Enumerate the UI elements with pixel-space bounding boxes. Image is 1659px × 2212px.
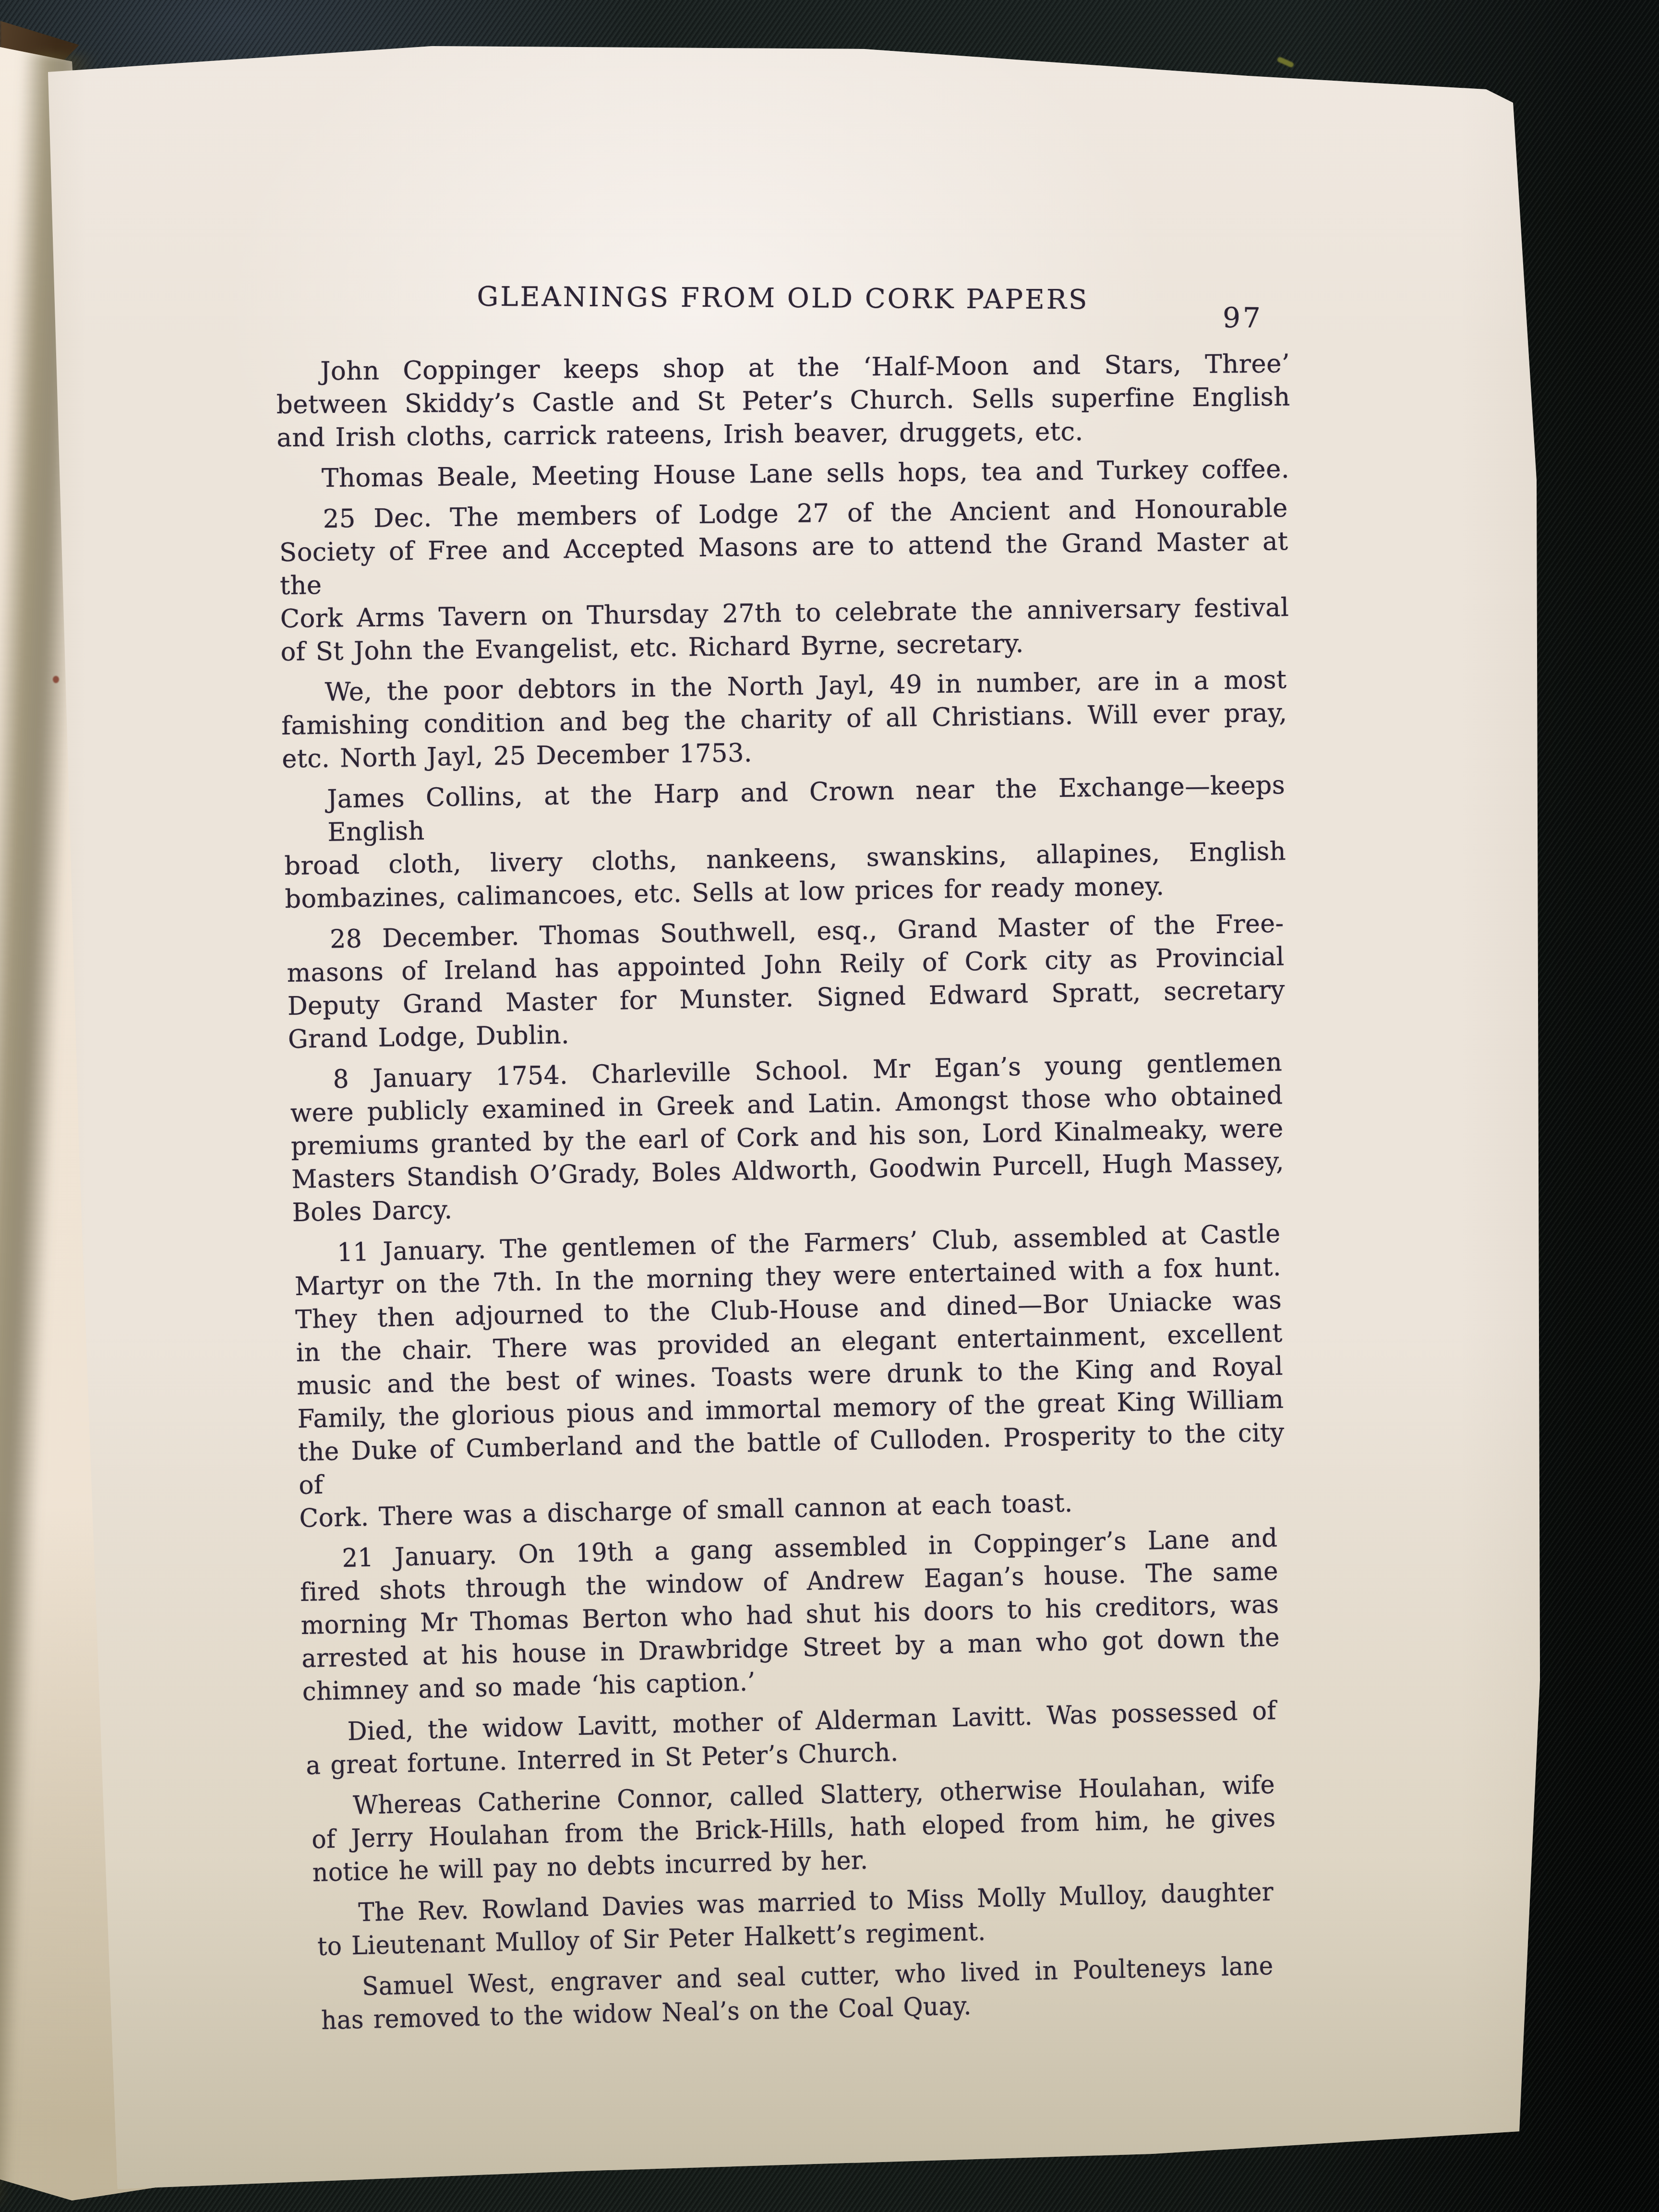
paragraph: The Rev. Rowland Davies was married to M…: [316, 1875, 1274, 1963]
page-title: GLEANINGS FROM OLD CORK PAPERS: [276, 282, 1290, 314]
paragraph: We, the poor debtors in the North Jayl, …: [281, 663, 1288, 776]
text-line: Society of Free and Accepted Masons are …: [279, 525, 1289, 602]
page-text: John Coppinger keeps shop at the ‘Half-M…: [276, 355, 1290, 2037]
paragraph: James Collins, at the Harp and Crown nea…: [283, 769, 1287, 916]
paragraph: Whereas Catherine Connor, called Slatter…: [311, 1768, 1277, 1889]
paragraph: 11 January. The gentlemen of the Farmers…: [294, 1217, 1286, 1535]
paragraph: 25 Dec. The members of Lodge 27 of the A…: [279, 492, 1289, 669]
paragraph: 8 January 1754. Charleville School. Mr E…: [289, 1046, 1285, 1229]
paragraph: John Coppinger keeps shop at the ‘Half-M…: [276, 347, 1291, 455]
book-photo: GLEANINGS FROM OLD CORK PAPERS 97 John C…: [0, 0, 1659, 2212]
page-header: GLEANINGS FROM OLD CORK PAPERS 97: [276, 282, 1290, 314]
paragraph: 28 December. Thomas Southwell, esq., Gra…: [286, 907, 1286, 1056]
paragraph: Samuel West, engraver and seal cutter, w…: [320, 1949, 1274, 2037]
paragraph: Died, the widow Lavitt, mother of Alderm…: [305, 1694, 1277, 1782]
page-number: 97: [1223, 304, 1263, 332]
paragraph: 21 January. On 19th a gang assembled in …: [299, 1522, 1281, 1708]
paragraph: Thomas Beale, Meeting House Lane sells h…: [277, 453, 1289, 495]
text-line: Thomas Beale, Meeting House Lane sells h…: [277, 453, 1289, 495]
red-speck: [53, 676, 59, 683]
